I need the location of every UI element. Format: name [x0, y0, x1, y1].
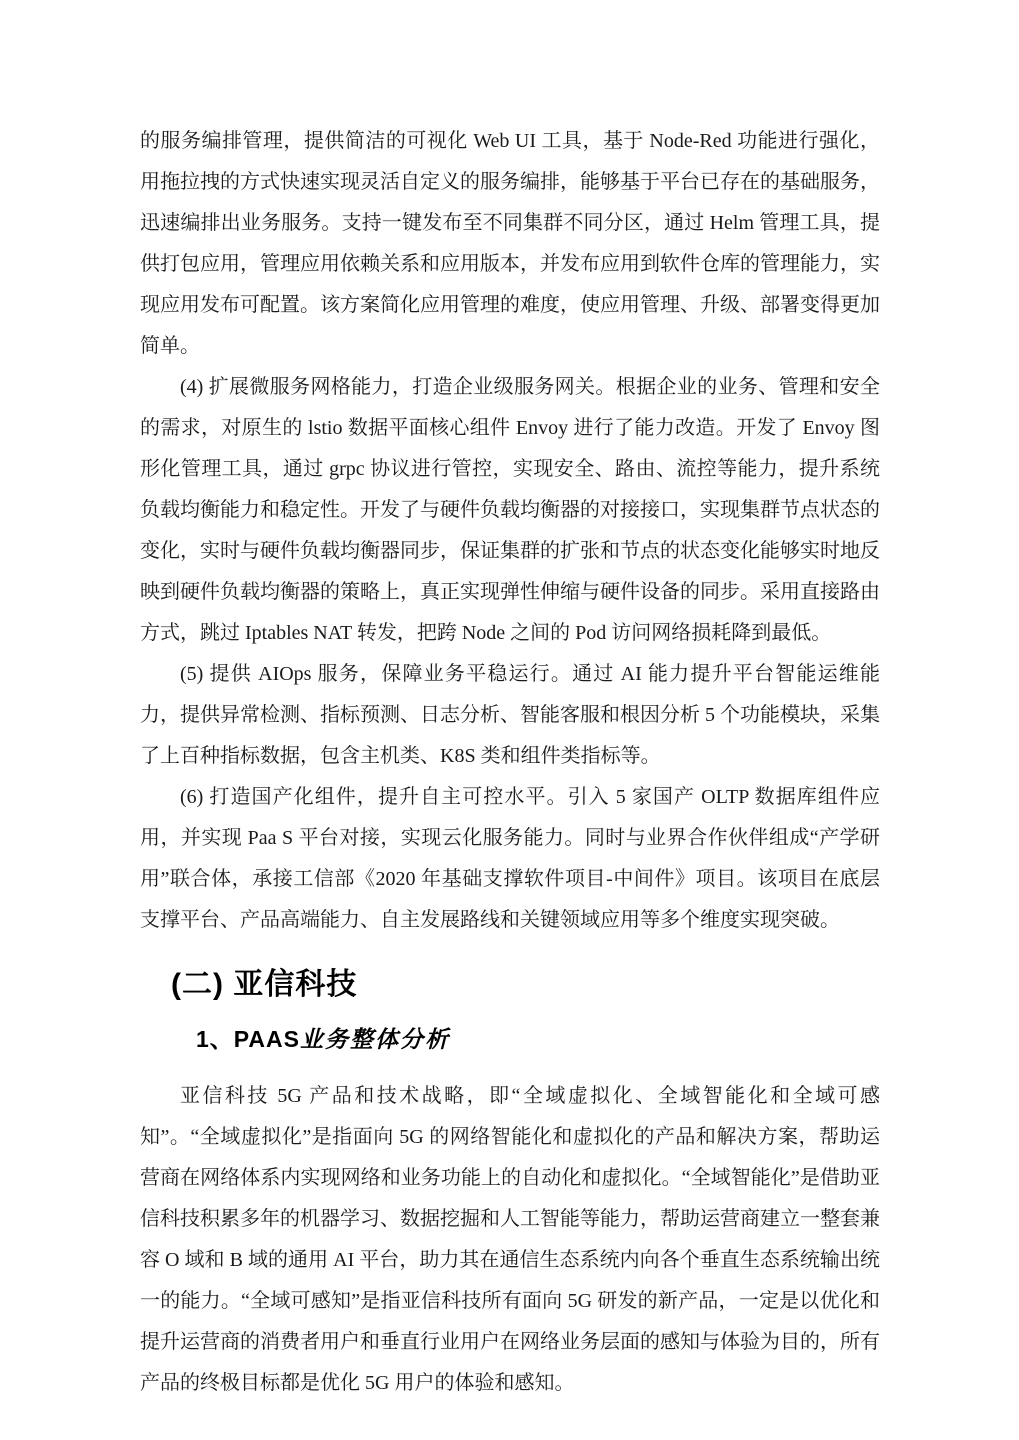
paragraph-strategy: 亚信科技 5G 产品和技术战略，即“全域虚拟化、全域智能化和全域可感知”。“全域… — [140, 1076, 880, 1404]
subsection-heading: 1、PAAS业务整体分析 — [196, 1025, 880, 1054]
paragraph-item-5: (5) 提供 AIOps 服务，保障业务平稳运行。通过 AI 能力提升平台智能运… — [140, 654, 880, 777]
document-page: 的服务编排管理，提供简洁的可视化 Web UI 工具，基于 Node-Red 功… — [0, 0, 1019, 1440]
subsection-heading-number: 1、PAAS — [196, 1026, 300, 1052]
subsection-heading-label: 业务整体分析 — [300, 1027, 450, 1052]
section-heading: (二) 亚信科技 — [171, 967, 880, 1003]
paragraph-item-6: (6) 打造国产化组件，提升自主可控水平。引入 5 家国产 OLTP 数据库组件… — [140, 777, 880, 941]
paragraph-continuation: 的服务编排管理，提供简洁的可视化 Web UI 工具，基于 Node-Red 功… — [140, 121, 880, 367]
paragraph-item-4: (4) 扩展微服务网格能力，打造企业级服务网关。根据企业的业务、管理和安全的需求… — [140, 367, 880, 654]
